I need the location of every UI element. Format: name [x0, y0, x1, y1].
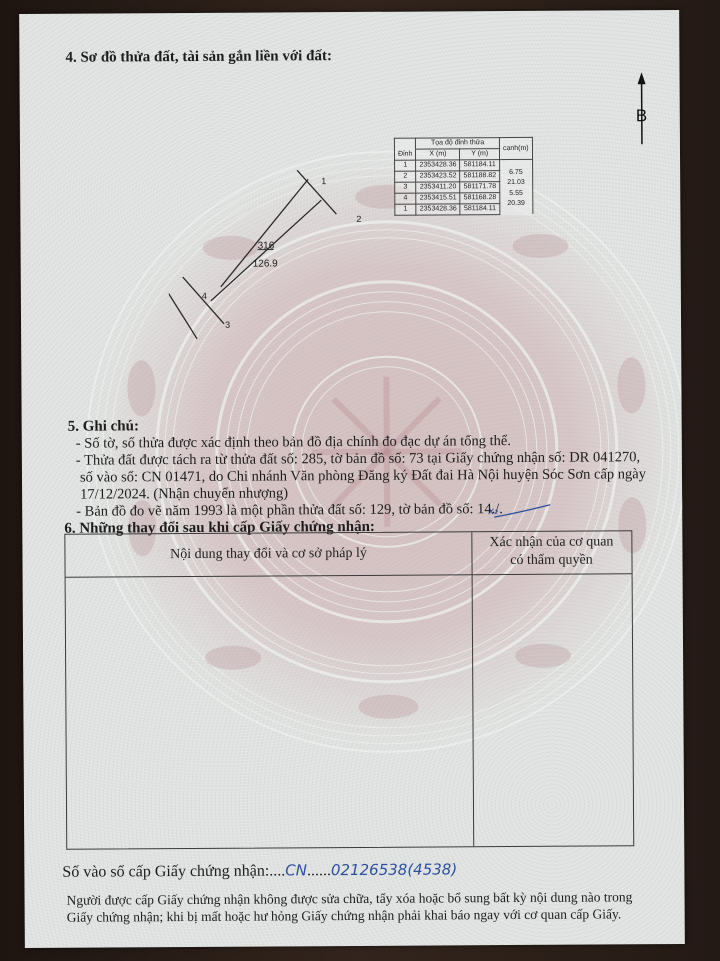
note-line-3: số vào sổ: CN 01471, do Chi nhánh Văn ph… — [80, 466, 646, 486]
coord-header-y: Y (m) — [460, 148, 500, 159]
dots: .... — [269, 862, 285, 879]
pen-stroke — [492, 503, 552, 521]
vertex-id: 3 — [395, 182, 416, 193]
x-coord: 2353415.51 — [416, 192, 460, 203]
parcel-number: 316 — [258, 240, 275, 251]
plot-sketch — [168, 168, 399, 341]
table-row: 1 2353428.36 581184.11 6.75 21.03 5.55 2… — [395, 159, 533, 171]
note-line-5: - Bản đồ đo vẽ năm 1993 là một phần thửa… — [76, 501, 503, 520]
vertex-id: 1 — [395, 160, 416, 171]
section-5-heading: 5. Ghi chú: — [68, 418, 139, 435]
vertex-label-3: 3 — [225, 320, 230, 330]
vertex-label-4: 4 — [202, 291, 207, 301]
coord-header-vertex: Đỉnh — [394, 149, 415, 160]
changes-table: Nội dung thay đổi và cơ sở pháp lý Xác n… — [64, 530, 634, 849]
coord-table-title: Tọa độ đỉnh thửa — [416, 138, 500, 149]
edge-lengths: 6.75 21.03 5.55 20.39 — [500, 159, 533, 214]
edge-length: 21.03 — [503, 178, 529, 189]
y-coord: 581171.78 — [460, 181, 500, 192]
header-confirm-line-2: có thẩm quyền — [471, 552, 631, 569]
registry-label: Số vào sổ cấp Giấy chứng nhận: — [62, 863, 269, 881]
registry-number: Số vào sổ cấp Giấy chứng nhận:....CN....… — [62, 860, 457, 881]
dots: ...... — [307, 862, 331, 879]
vertex-id: 2 — [395, 171, 416, 182]
footer-notice: Người được cấp Giấy chứng nhận không đượ… — [67, 888, 633, 925]
vertex-label-2: 2 — [356, 214, 361, 224]
edge-length: 20.39 — [503, 199, 529, 210]
header-divider — [66, 573, 632, 577]
x-coord: 2353428.36 — [416, 159, 460, 170]
y-coord: 581168.28 — [460, 192, 500, 203]
land-certificate-page: 4. Sơ đồ thửa đất, tài sản gắn liền với … — [19, 10, 685, 948]
vertex-id: 1 — [395, 204, 416, 215]
y-coord: 581184.11 — [460, 203, 500, 214]
y-coord: 581184.11 — [460, 159, 500, 170]
registry-value: 02126538(4538) — [331, 860, 457, 879]
coord-header-edge: cạnh(m) — [499, 137, 532, 159]
header-content: Nội dung thay đổi và cơ sở pháp lý — [65, 545, 471, 563]
registry-prefix: CN — [285, 861, 307, 879]
edge-length: 5.55 — [503, 188, 529, 199]
y-coord: 581188.82 — [460, 170, 500, 181]
x-coord: 2353428.36 — [416, 203, 460, 214]
parcel-area: 126.9 — [253, 258, 278, 269]
section-4-heading: 4. Sơ đồ thửa đất, tài sản gắn liền với … — [65, 48, 332, 67]
note-line-1: - Số tờ, số thửa được xác định theo bản … — [76, 433, 511, 452]
header-confirm-line-1: Xác nhận của cơ quan — [471, 534, 631, 551]
x-coord: 2353411.20 — [416, 181, 460, 192]
column-divider — [471, 532, 474, 846]
coord-header-x: X (m) — [416, 148, 460, 159]
vertex-coordinate-table: Tọa độ đỉnh thửa cạnh(m) Đỉnh X (m) Y (m… — [394, 137, 533, 215]
vertex-id: 4 — [395, 193, 416, 204]
x-coord: 2353423.52 — [416, 170, 460, 181]
note-line-4: 17/12/2024. (Nhận chuyển nhượng) — [80, 485, 288, 503]
edge-length: 6.75 — [503, 167, 529, 178]
notice-line-2: Giấy chứng nhận; khi bị mất hoặc hư hỏng… — [67, 905, 633, 925]
vertex-label-1: 1 — [321, 176, 326, 186]
north-label: B — [636, 106, 647, 126]
